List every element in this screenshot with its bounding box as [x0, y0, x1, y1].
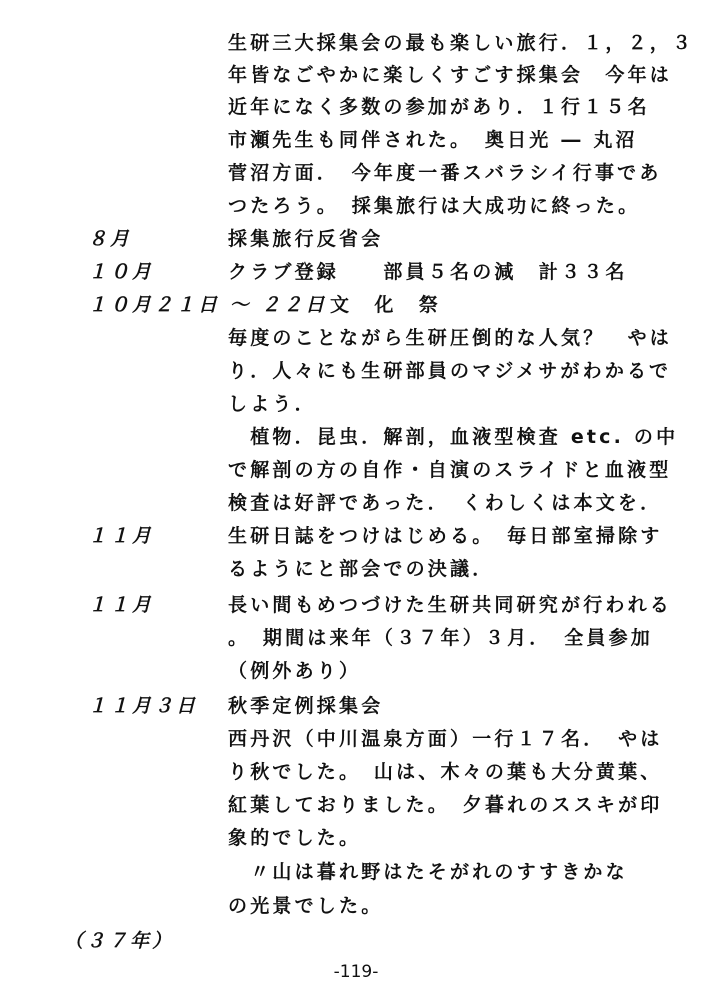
year-note: （３７年） [64, 928, 174, 954]
entry-date: １０月 [88, 259, 154, 285]
entry-line: しよう． [228, 391, 317, 417]
entry-line: クラブ登録 部員５名の減 計３３名 [228, 259, 628, 285]
entry-line: 〃山は暮れ野はたそがれのすすきかな [228, 859, 628, 885]
entry-line: で解剖の方の自作・自演のスライドと血液型 [228, 457, 671, 483]
entry-line: の光景でした。 [228, 893, 383, 919]
entry-line: 象的でした。 [228, 825, 361, 851]
entry-line: 毎度のことながら生研圧倒的な人気？ やは [228, 325, 672, 351]
entry-line: （例外あり） [228, 658, 361, 684]
intro-line: 菅沼方面． 今年度一番スバラシイ行事であ [228, 160, 662, 186]
entry-line: 。 期間は来年（３７年）３月． 全員参加 [228, 625, 653, 651]
entry-line: 長い間もめつづけた生研共同研究が行われる [228, 592, 672, 618]
intro-line: 年皆なごやかに楽しくすごす採集会 今年は [228, 62, 672, 88]
intro-line: つたろう。 採集旅行は大成功に終った。 [228, 193, 640, 219]
entry-line: 生研日誌をつけはじめる。 毎日部室掃除す [228, 523, 663, 549]
entry-line: 文 化 祭 [330, 292, 441, 318]
entry-date: １０月２１日 〜 ２２日 [88, 292, 327, 318]
page-number: -119- [0, 962, 712, 982]
entry-date: １１月 [88, 592, 154, 618]
entry-line: 検査は好評であった． くわしくは本文を． [228, 490, 662, 516]
entry-line: 秋季定例採集会 [228, 693, 383, 719]
document-page: 生研三大採集会の最も楽しい旅行．１，２，３ 年皆なごやかに楽しくすごす採集会 今… [0, 0, 712, 1007]
entry-date: ８月 [88, 226, 132, 252]
entry-date: １１月３日 [88, 693, 198, 719]
intro-line: 市瀬先生も同伴された。 奥日光 ― 丸沼 [228, 127, 638, 153]
intro-line: 近年になく多数の参加があり．１行１５名 [228, 94, 650, 120]
intro-line: 生研三大採集会の最も楽しい旅行．１，２，３ [228, 30, 694, 56]
entry-line: 植物．昆虫．解剖，血液型検査 etc. の中 [228, 424, 678, 450]
entry-date: １１月 [88, 523, 154, 549]
entry-line: 紅葉しておりました。 夕暮れのススキが印 [228, 792, 663, 818]
entry-line: り秋でした。 山は、木々の葉も大分黄葉、 [228, 759, 663, 785]
entry-line: るようにと部会での決議． [228, 556, 494, 582]
entry-line: 採集旅行反省会 [228, 226, 383, 252]
entry-line: 西丹沢（中川温泉方面）一行１７名． やは [228, 726, 663, 752]
entry-line: り．人々にも生研部員のマジメサがわかるで [228, 358, 671, 384]
